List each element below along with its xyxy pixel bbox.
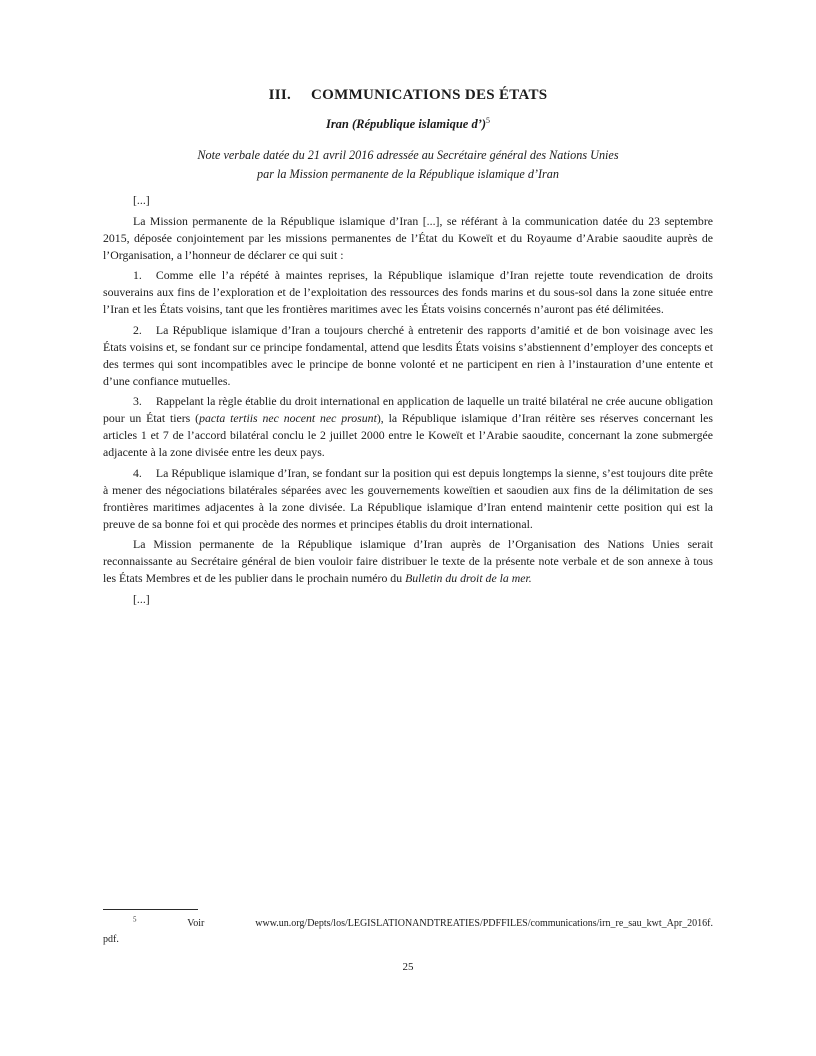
section-title: COMMUNICATIONS DES ÉTATS [311,87,547,103]
section-heading: III.COMMUNICATIONS DES ÉTATS [103,86,713,104]
document-content: III.COMMUNICATIONS DES ÉTATS Iran (Répub… [103,86,713,611]
paragraph: La Mission permanente de la République i… [103,213,713,264]
text-segment: [...] [133,592,150,606]
paragraph: 2.La République islamique d’Iran a toujo… [103,322,713,390]
paragraph: [...] [103,192,713,209]
page-number: 25 [0,961,816,973]
country-footnote-ref: 5 [486,116,490,125]
text-segment: pacta tertiis nec nocent nec prosunt [199,411,377,425]
text-segment: Bulletin du droit de la mer. [405,571,532,585]
note-title: Note verbale datée du 21 avril 2016 adre… [103,146,713,183]
text-segment: Comme elle l’a répété à maintes reprises… [103,268,713,316]
section-number: III. [269,87,291,103]
paragraph-number: 4. [133,466,156,480]
paragraph: La Mission permanente de la République i… [103,536,713,587]
footnote-url-text: Voir www.un.org/Depts/los/LEGISLATIONAND… [187,918,713,929]
paragraph-number: 1. [133,268,156,282]
paragraph: 3.Rappelant la règle établie du droit in… [103,393,713,461]
footnote-text-line-1: 5 Voir www.un.org/Depts/los/LEGISLATIONA… [103,916,713,932]
text-segment: La République islamique d’Iran a toujour… [103,323,713,388]
country-heading: Iran (République islamique d’)5 [103,117,713,132]
paragraph: 4.La République islamique d’Iran, se fon… [103,465,713,533]
footnote-separator [103,909,198,910]
footnote-area: 5 Voir www.un.org/Depts/los/LEGISLATIONA… [103,909,713,947]
note-title-line-1: Note verbale datée du 21 avril 2016 adre… [103,146,713,165]
document-page: III.COMMUNICATIONS DES ÉTATS Iran (Répub… [0,0,816,1056]
paragraph: [...] [103,591,713,608]
country-heading-text: Iran (République islamique d’) [326,117,486,131]
note-title-line-2: par la Mission permanente de la Républiq… [103,165,713,184]
text-segment: La République islamique d’Iran, se fonda… [103,466,713,531]
footnote-ref: 5 [133,916,137,924]
paragraph-number: 2. [133,323,156,337]
footnote-text-line-2: pdf. [103,932,713,948]
text-segment: La Mission permanente de la République i… [103,214,713,262]
paragraph: 1.Comme elle l’a répété à maintes repris… [103,267,713,318]
document-body: [...]La Mission permanente de la Républi… [103,192,713,608]
paragraph-number: 3. [133,394,156,408]
text-segment: [...] [133,193,150,207]
